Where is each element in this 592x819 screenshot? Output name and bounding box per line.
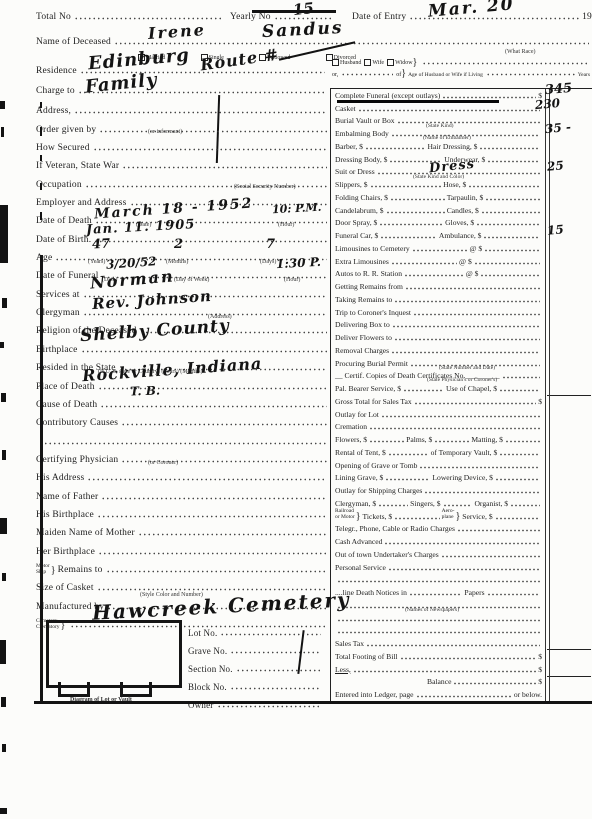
charge-label: Less, — [335, 665, 351, 674]
dotted-leader — [341, 73, 393, 76]
dotted-leader — [484, 249, 540, 252]
dotted-leader — [358, 109, 540, 112]
scan-artifact — [1, 393, 6, 402]
dotted-leader — [39, 442, 327, 445]
charge-label: Deliver Flowers to — [335, 333, 392, 342]
what-race-hint: (What Race) — [505, 49, 535, 55]
form-field-row: If Veteran, State War — [36, 155, 330, 173]
dotted-leader — [220, 633, 321, 636]
scan-artifact — [0, 640, 6, 664]
form-field-row: Maiden Name of Mother — [36, 522, 330, 540]
dotted-leader — [388, 568, 540, 571]
dotted-leader — [413, 313, 540, 316]
dotted-leader — [422, 62, 587, 65]
charge-label: Slippers, $ — [335, 180, 368, 189]
stacked-prefix-line: plane — [442, 514, 455, 520]
field-label: Occupation — [36, 180, 82, 190]
charge-row: Extra Limousines@ $ — [331, 255, 592, 268]
charge-label: Taking Remains to — [335, 295, 392, 304]
left-field-column: Address,Order given by(or informant)How … — [36, 100, 330, 632]
field-label: Date of Funeral — [36, 271, 99, 281]
dotted-leader — [389, 160, 442, 163]
field-label: If Veteran, State War — [36, 161, 119, 171]
field-label: Maiden Name of Mother — [36, 528, 135, 538]
charge-label: Lining Grave, $ — [335, 473, 383, 482]
form-field-row: Religion of the Deceased — [36, 320, 330, 338]
form-field-row: Contributory Causes — [36, 412, 330, 430]
charge-label: @ $ — [459, 257, 472, 266]
charge-row: Out of town Undertaker's Charges — [331, 548, 592, 561]
charge-label: Use of Chapel, $ — [446, 384, 497, 393]
field-sublabel: (Years) — [88, 259, 105, 265]
field-label: Her Birthplace — [36, 547, 95, 557]
dotted-leader — [381, 415, 540, 418]
charge-row: Autos to R. R. Station@ $ — [331, 268, 592, 281]
amount-rule — [547, 395, 591, 396]
dotted-leader — [480, 274, 540, 277]
checkbox-label: Wife — [372, 60, 384, 66]
charge-label: Tickets, $ — [363, 512, 393, 521]
charge-label: Embalming Body — [335, 129, 389, 138]
dotted-leader — [434, 440, 469, 443]
spouse-section: Husband Wife Widow } or, of } Age of Hus… — [332, 56, 590, 78]
form-field-row: Place of DeathRockville, Indiana — [36, 375, 330, 393]
handwritten-amount: 230 — [535, 97, 561, 111]
field-sublabel: (Style Color and Number) — [140, 592, 203, 598]
field-sublabel: (Hour) — [278, 222, 294, 228]
field-label: Place of Death — [36, 382, 95, 392]
lot-diagram-notch — [58, 682, 90, 697]
field-sublabel: (Day of Week) — [174, 277, 209, 283]
checkbox-wife: Wife — [364, 59, 384, 67]
charge-row: Delivering Box to — [331, 319, 592, 332]
form-field-row: Her Birthplace — [36, 540, 330, 558]
charge-row: Telegr., Phone, Cable or Radio Charges — [331, 523, 592, 536]
charge-label: Balance — [427, 677, 451, 686]
dotted-leader — [499, 389, 540, 392]
charge-label: Extra Limousines — [335, 257, 389, 266]
dotted-leader — [385, 478, 430, 481]
dotted-leader — [479, 147, 540, 150]
charge-row: Clergyman, $Singers, $Organist, $ — [331, 497, 592, 510]
date-of-entry-label: Date of Entry — [352, 12, 406, 22]
charge-sublabel: (State Physician's or Coroner's) — [427, 378, 497, 384]
charge-label: Flowers, $ — [335, 435, 367, 444]
charge-row: Removal Charges — [331, 344, 592, 357]
charge-label: Entered into Ledger, page — [335, 690, 414, 699]
form-field-row: Manufactured by(Style Color and Number) — [36, 595, 330, 613]
dotted-leader — [409, 17, 579, 20]
charges-itemization-box: Complete Funeral (except outlays)$345Cas… — [330, 88, 592, 701]
total-no-label: Total No — [36, 12, 71, 22]
charge-label: Burial Vault or Box — [335, 116, 395, 125]
dotted-leader — [97, 588, 327, 591]
charge-label: @ $ — [466, 269, 479, 278]
form-field-row: Certifying Physician(or Coroner) — [36, 449, 330, 467]
field-label: Date of Birth. — [36, 235, 91, 245]
charge-label: ....line Death Notices in — [335, 588, 407, 597]
field-label: Contributory Causes — [36, 418, 118, 428]
spouse-age-row: or, of } Age of Husband or Wife if Livin… — [332, 67, 590, 78]
checkbox-husband: Husband — [332, 59, 361, 67]
yearly-no-field: Yearly No — [230, 12, 336, 22]
scan-artifact — [0, 342, 4, 348]
field-label: Grave No. — [188, 646, 227, 656]
spouse-age-suffix: Years — [578, 72, 590, 78]
field-sublabel: (Address) — [208, 314, 232, 320]
charge-label: Candelabrum, $ — [335, 206, 384, 215]
dotted-leader — [138, 533, 327, 536]
dotted-leader — [405, 287, 540, 290]
charge-label: Sales Tax — [335, 639, 364, 648]
charge-row: Flowers, $Palms, $Matting, $ — [331, 433, 592, 446]
scan-artifact — [40, 183, 42, 190]
scan-artifact — [2, 573, 6, 581]
field-label: How Secured — [36, 143, 90, 153]
name-of-deceased-field: Name of Deceased — [36, 37, 592, 47]
charge-label: Complete Funeral (except outlays) — [335, 91, 440, 100]
lot-diagram-notch — [120, 682, 152, 697]
dotted-leader — [443, 504, 473, 507]
dollar-sign: $ — [538, 665, 542, 674]
form-field-row: Occupation(Social Security Number) — [36, 173, 330, 191]
dotted-leader — [397, 121, 540, 124]
dotted-leader — [380, 236, 437, 239]
form-field-row: How Secured — [36, 137, 330, 155]
dotted-leader — [93, 148, 327, 151]
charge-label: Trip to Coroner's Inquest — [335, 308, 411, 317]
charge-label: Outlay for Shipping Charges — [335, 486, 422, 495]
checkbox-label: Married — [146, 55, 165, 61]
charge-label: Limousines to Cemetery — [335, 244, 410, 253]
charge-label: Clergyman, $ — [335, 499, 376, 508]
charge-row: Candelabrum, $Candles, $ — [331, 204, 592, 217]
amount-rule — [547, 676, 591, 677]
name-of-deceased-label: Name of Deceased — [36, 37, 111, 47]
dotted-leader — [391, 262, 457, 265]
charge-label: Papers — [464, 588, 484, 597]
dotted-leader — [98, 387, 327, 390]
dotted-leader — [495, 478, 540, 481]
field-label: Section No. — [188, 664, 233, 674]
charge-label: Candles, $ — [447, 206, 479, 215]
charge-label: Getting Remains from — [335, 282, 403, 291]
charge-row: Less,$ — [331, 663, 592, 676]
field-label: Remains to — [58, 565, 103, 575]
charge-row: Outlay for Lot — [331, 408, 592, 421]
field-sublabel: (Days) — [260, 259, 276, 265]
charge-row: Outlay for Shipping Charges — [331, 484, 592, 497]
stacked-prefix-line: Ship — [36, 569, 50, 575]
field-label: Certifying Physician — [36, 455, 118, 465]
dotted-leader — [107, 607, 327, 610]
residence-field: Residence — [36, 66, 328, 76]
charge-label: Casket — [335, 104, 356, 113]
charge-label: Hose, $ — [443, 180, 466, 189]
form-field-row: Date of Birth.Jan. 11. 1905 — [36, 228, 330, 246]
dotted-leader — [394, 300, 540, 303]
field-label: Block No. — [188, 682, 227, 692]
dotted-leader — [499, 453, 540, 456]
charge-row: Total Footing of Bill$ — [331, 650, 592, 663]
charge-label: Barber, $ — [335, 142, 363, 151]
field-label: Clergyman — [36, 308, 80, 318]
dotted-leader — [424, 491, 540, 494]
charge-row — [331, 625, 592, 638]
dotted-leader — [390, 198, 445, 201]
charge-to-field: Charge to — [36, 86, 328, 96]
form-field-row: MotorShip}Remains to — [36, 559, 330, 577]
dollar-sign: $ — [538, 677, 542, 686]
dotted-leader — [122, 166, 327, 169]
dollar-sign: $ — [538, 397, 542, 406]
field-label: Manufactured by — [36, 602, 104, 612]
dotted-leader — [74, 111, 327, 114]
field-label: Religion of the Deceased — [36, 326, 137, 336]
field-label: Order given by — [36, 125, 96, 135]
dotted-leader — [487, 593, 540, 596]
field-label: His Address — [36, 473, 84, 483]
dotted-leader — [483, 236, 540, 239]
dotted-leader — [384, 542, 540, 545]
charge-label: Autos to R. R. Station — [335, 269, 402, 278]
lot-fields: Lot No.Grave No.Section No.Block No.Owne… — [188, 622, 324, 712]
brace-glyph: } — [356, 513, 361, 521]
charge-label: Delivering Box to — [335, 320, 390, 329]
charge-row: Funeral Car, $Ambulance, $15 — [331, 229, 592, 242]
date-of-entry-field: Date of Entry19 — [352, 12, 592, 22]
charge-row: Casket230 — [331, 102, 592, 115]
dotted-leader — [409, 593, 462, 596]
dotted-leader — [370, 185, 442, 188]
charge-label: Ambulance, $ — [439, 231, 482, 240]
charge-row: Slippers, $Hose, $ — [331, 178, 592, 191]
dotted-leader — [97, 515, 327, 518]
charge-label: Matting, $ — [471, 435, 503, 444]
field-sublabel: (If U. S. state or Country) (Years) (Mon… — [98, 369, 203, 375]
charge-label: Rental of Tent, $ — [335, 448, 386, 457]
checkbox-icon — [364, 59, 371, 66]
scan-artifact — [40, 212, 42, 220]
dotted-leader — [486, 73, 575, 76]
charge-row: Folding Chairs, $Tarpaulin, $ — [331, 191, 592, 204]
charge-row: Lining Grave, $Lowering Device, $ — [331, 472, 592, 485]
charge-row: Rental of Tent, $of Temporary Vault, $ — [331, 446, 592, 459]
dotted-leader — [81, 350, 327, 353]
charge-label: Singers, $ — [410, 499, 440, 508]
field-sublabel: (Months) — [166, 259, 188, 265]
form-field-row: BirthplaceShelby County — [36, 338, 330, 356]
dotted-leader — [476, 223, 540, 226]
dotted-leader — [365, 147, 426, 150]
scan-artifact — [0, 205, 8, 263]
stacked-prefix: MotorShip — [36, 563, 50, 575]
form-field-row: Services atNorman — [36, 283, 330, 301]
field-label: Size of Casket — [36, 583, 94, 593]
dotted-leader — [481, 211, 540, 214]
dotted-leader — [99, 130, 327, 133]
dotted-leader — [369, 427, 540, 430]
dotted-leader — [403, 389, 444, 392]
dotted-leader — [337, 580, 540, 583]
charge-row: Embalming Body35 -(Name of Embalmer) — [331, 127, 592, 140]
field-label: Name of Father — [36, 492, 98, 502]
checkbox-icon — [259, 54, 266, 61]
dotted-leader — [502, 376, 541, 379]
field-sublabel: (Date) — [136, 222, 151, 228]
dotted-leader — [130, 203, 327, 206]
checkbox-married: Married — [138, 54, 165, 62]
scan-artifact — [2, 744, 6, 752]
form-field-row: His Address — [36, 467, 330, 485]
dollar-sign: $ — [538, 652, 542, 661]
dotted-leader — [388, 453, 429, 456]
charge-label: or below. — [514, 690, 542, 699]
form-field-row: Address, — [36, 100, 330, 118]
field-sublabel: (or Coroner) — [148, 460, 178, 466]
handwritten-amount: 15 — [547, 224, 565, 237]
charge-row: Getting Remains from — [331, 280, 592, 293]
dotted-leader — [87, 478, 327, 481]
charge-label: Palms, $ — [406, 435, 432, 444]
dotted-leader — [412, 249, 468, 252]
spouse-or-label: or, — [332, 72, 338, 78]
handwritten-amount: 25 — [547, 159, 565, 172]
field-label: His Birthplace — [36, 510, 94, 520]
dotted-leader — [394, 338, 540, 341]
form-field-row: Date of DeathMarch 18 - 195210: P.M.(Dat… — [36, 210, 330, 228]
charge-label: Door Spray, $ — [335, 218, 377, 227]
charge-row: Railroador Motor}Tickets, $Aero-plane}Se… — [331, 510, 592, 523]
charge-label: Gloves, $ — [445, 218, 474, 227]
total-no-field: Total No — [36, 12, 224, 22]
charge-sublabel: (State Number and Date) — [439, 366, 495, 372]
field-label: Date of Death — [36, 216, 92, 226]
dotted-leader — [230, 687, 321, 690]
scan-artifact — [1, 697, 6, 707]
field-sublabel: (Hour) — [284, 277, 300, 283]
dotted-leader — [391, 351, 540, 354]
lot-field-row: Block No. — [188, 676, 324, 694]
dotted-leader — [369, 440, 404, 443]
handwritten-amount: 345 — [544, 82, 572, 97]
dotted-leader — [230, 651, 321, 654]
charge-row: Opening of Grave or Tomb — [331, 459, 592, 472]
dotted-leader — [442, 96, 536, 99]
dotted-leader — [100, 405, 327, 408]
form-field-row: Resided in the State(If U. S. state or C… — [36, 357, 330, 375]
charge-label: @ $ — [469, 244, 482, 253]
form-field-row: ClergymanRev. Johnson(Address) — [36, 302, 330, 320]
dotted-leader — [379, 223, 443, 226]
checkbox-icon — [138, 54, 145, 61]
charge-row: Limousines to Cemetery@ $ — [331, 242, 592, 255]
charge-row: Gross Total for Sales Tax$ — [331, 395, 592, 408]
field-label: Employer and Address — [36, 198, 127, 208]
dotted-leader — [94, 240, 327, 243]
spouse-age-hint: Age of Husband or Wife if Living — [408, 72, 483, 78]
dotted-leader — [400, 657, 537, 660]
brace-glyph: } — [455, 513, 460, 521]
charge-label: Cremation — [335, 422, 367, 431]
charge-label: Procuring Burial Permit — [335, 359, 408, 368]
scan-artifact — [40, 155, 42, 161]
brace-glyph: } — [413, 59, 418, 67]
charge-row: (Names of Newspapers) — [331, 599, 592, 612]
dotted-leader — [441, 555, 540, 558]
dotted-leader — [121, 423, 327, 426]
dotted-leader — [386, 211, 445, 214]
checkbox-label: Husband — [340, 60, 361, 66]
scanned-funeral-record-form: Total No Yearly No 15 Date of Entry19 Ma… — [0, 0, 592, 819]
residence-label: Residence — [36, 66, 77, 76]
bottom-rule — [34, 701, 592, 704]
charge-label: Suit or Dress — [335, 167, 375, 176]
form-field-row: Employer and Address — [36, 192, 330, 210]
dotted-leader — [140, 331, 327, 334]
dotted-leader — [217, 705, 322, 708]
charge-label: Opening of Grave or Tomb — [335, 461, 417, 470]
dotted-leader — [419, 466, 540, 469]
charge-row: Deliver Flowers to — [331, 331, 592, 344]
form-field-row: Order given by(or informant) — [36, 118, 330, 136]
dotted-leader — [474, 262, 540, 265]
charge-row — [331, 574, 592, 587]
dotted-leader — [101, 497, 327, 500]
charge-label: Funeral Car, $ — [335, 231, 378, 240]
lot-field-row: Section No. — [188, 658, 324, 676]
charge-label: Outlay for Lot — [335, 410, 379, 419]
charge-row: Pal. Bearer Service, $Use of Chapel, $(S… — [331, 382, 592, 395]
charge-label: Lowering Device, $ — [432, 473, 493, 482]
lot-field-row: Grave No. — [188, 640, 324, 658]
year-prefix: 19 — [582, 12, 592, 22]
dotted-leader — [453, 682, 536, 685]
form-field-row: Age4727(Years)(Months)(Days) — [36, 247, 330, 265]
charge-label: Underwear, $ — [444, 155, 485, 164]
dotted-leader — [495, 517, 540, 520]
checkbox-icon — [387, 59, 394, 66]
field-label: Age — [36, 253, 52, 263]
dotted-leader — [416, 695, 512, 698]
dotted-leader — [353, 670, 536, 673]
marital-status-checkboxes: Married Single Widowed Divorced — [138, 54, 356, 62]
yearly-no-label: Yearly No — [230, 12, 271, 22]
charge-label: of Temporary Vault, $ — [431, 448, 498, 457]
dotted-leader — [394, 517, 439, 520]
amount-column-divider — [545, 89, 550, 701]
dotted-leader — [83, 313, 327, 316]
dotted-leader — [505, 440, 540, 443]
brace-glyph: } — [51, 567, 56, 575]
charge-label: Pal. Bearer Service, $ — [335, 384, 401, 393]
form-field-row — [36, 430, 330, 448]
charge-to-label: Charge to — [36, 86, 75, 96]
checkbox-label: Single — [209, 55, 224, 61]
dotted-leader — [366, 644, 540, 647]
charge-row: Personal Service — [331, 561, 592, 574]
charge-label: Out of town Undertaker's Charges — [335, 550, 439, 559]
left-form-rule — [40, 255, 43, 701]
stacked-prefix: Railroador Motor — [335, 508, 355, 520]
stacked-prefix-line: or Motor — [335, 514, 355, 520]
scan-artifact — [0, 518, 7, 534]
charge-label: Dressing Body, $ — [335, 155, 387, 164]
dotted-leader — [392, 325, 540, 328]
dotted-leader — [414, 402, 537, 405]
form-field-row: Name of Father — [36, 485, 330, 503]
dotted-leader — [274, 17, 333, 20]
